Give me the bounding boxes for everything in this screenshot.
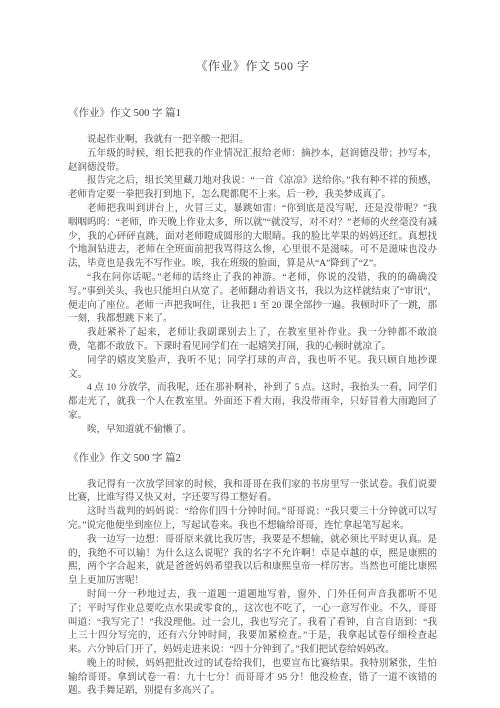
- page-title: 《作业》作文 500 字: [68, 57, 437, 74]
- essay-paragraph: 晚上的时候，妈妈把批改过的试卷给我们，也要宣布比赛结果。我特别紧张，生怕输给哥哥…: [68, 658, 437, 699]
- essay-section: 《作业》作文 500 字 篇1说起作业啊，我就有一把辛酸一把泪。五年级的时候，组…: [68, 105, 437, 438]
- essay-paragraph: “我在问你话呢。”老师的话终止了我的神游。“老师，你说的没错，我的的确确没写。”…: [68, 272, 437, 327]
- essay-section: 《作业》作文 500 字 篇2我记得有一次放学回家的时候，我和哥哥在我们家的书房…: [68, 450, 437, 700]
- essay-paragraph: 4 点 10 分放学，而我呢，还在那补啊补，补到了 5 点。这时，我抬头一看，同…: [68, 382, 437, 423]
- essay-paragraph: 唉，早知道就不偷懒了。: [68, 424, 437, 438]
- document-page: 《作业》作文 500 字 《作业》作文 500 字 篇1说起作业啊，我就有一把辛…: [0, 0, 500, 708]
- essay-paragraph: 时间一分一秒地过去，我一道题一道题地写着，窗外、门外任何声音我都听不见了；平时写…: [68, 589, 437, 658]
- essay-paragraph: 我赶紧补了起来，老师让我副课别去上了，在教室里补作业。我一分钟都不敢浪费，笔都不…: [68, 327, 437, 355]
- section-heading: 《作业》作文 500 字 篇2: [68, 450, 437, 465]
- essay-paragraph: 同学的嬉皮笑脸声，我听不见；同学打球的声音，我也听不见。我只顾自地抄课文。: [68, 355, 437, 383]
- essay-paragraph: 报告完之后，组长笑里藏刀地对我说：“一首《凉凉》送给你。”我有种不祥的预感，老师…: [68, 175, 437, 203]
- essay-paragraph: 我一边写一边想：哥哥原来就比我厉害，我要是不想输，就必须比平时更认真。是的，我绝…: [68, 534, 437, 589]
- section-heading: 《作业》作文 500 字 篇1: [68, 105, 437, 120]
- essay-sections-container: 《作业》作文 500 字 篇1说起作业啊，我就有一把辛酸一把泪。五年级的时候，组…: [68, 105, 437, 699]
- essay-paragraph: 五年级的时候，组长把我的作业情况汇报给老师：摘抄本，赵润德没带；抄写本，赵润德没…: [68, 148, 437, 176]
- essay-paragraph: 这时当裁判的妈妈说：“给你们四十分钟时间。”哥哥说：“我只要三十分钟就可以写完。…: [68, 506, 437, 534]
- essay-paragraph: 说起作业啊，我就有一把辛酸一把泪。: [68, 134, 437, 148]
- essay-paragraph: 老师把我叫到讲台上，火冒三丈，暴跳如雷：“你到底是没写呢，还是没带呢？”我咽咽呜…: [68, 203, 437, 272]
- essay-paragraph: 我记得有一次放学回家的时候，我和哥哥在我们家的书房里写一张试卷。我们说要比赛，比…: [68, 479, 437, 507]
